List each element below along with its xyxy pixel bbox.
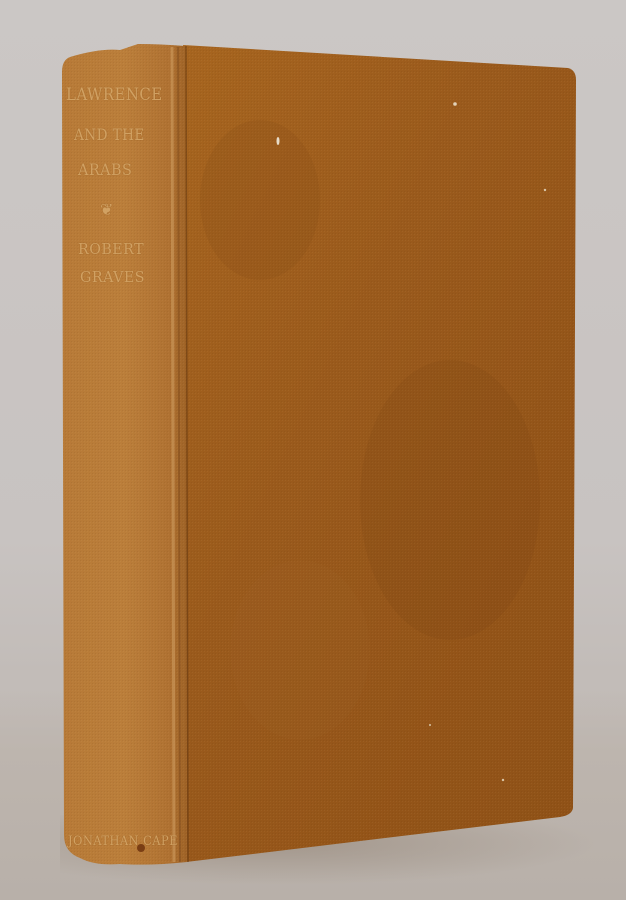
spine-ornament-icon: ❦ bbox=[100, 200, 114, 219]
spine-title-line-2: AND THE bbox=[74, 125, 145, 144]
photo-scene: LAWRENCE AND THE ARABS ❦ ROBERT GRAVES J… bbox=[0, 0, 626, 900]
spine-author-line-2: GRAVES bbox=[80, 268, 145, 286]
spine-publisher: JONATHAN CAPE bbox=[68, 834, 178, 849]
spine-title-line-1: LAWRENCE bbox=[66, 85, 163, 105]
spine-author-line-1: ROBERT bbox=[78, 240, 144, 258]
spine-title-line-3: ARABS bbox=[78, 160, 132, 179]
